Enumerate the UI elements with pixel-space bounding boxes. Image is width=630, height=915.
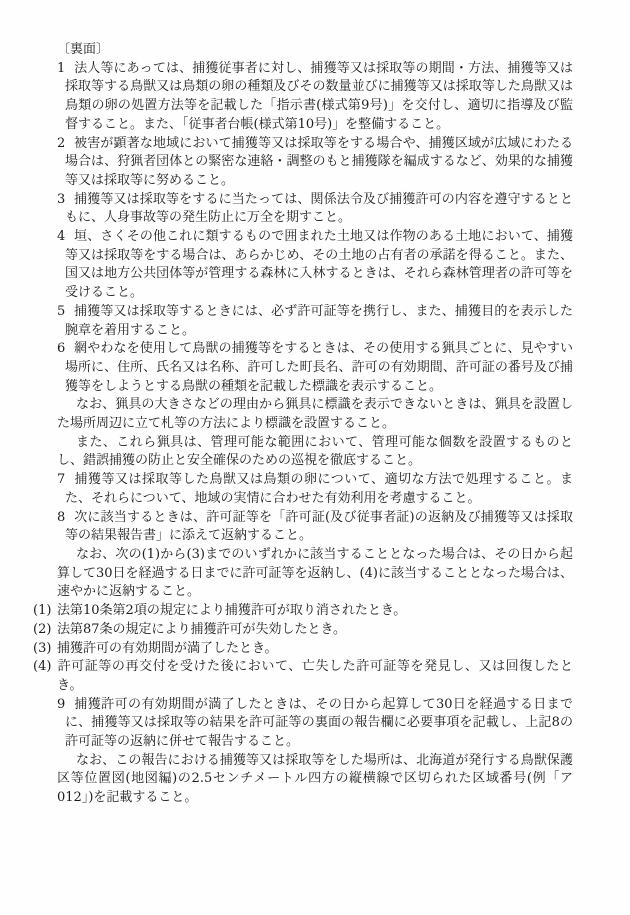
item-paragraph: 6網やわなを使用して鳥獣の捕獲等をするときは、その使用する猟具ごとに、見やすい場… <box>57 340 573 396</box>
subitem-text: 法第10条第2項の規定により捕獲許可が取り消されたとき。 <box>57 603 406 618</box>
item-paragraph: 5捕獲等又は採取等するときには、必ず許可証等を携行し、また、捕獲目的を表示した腕… <box>57 303 573 340</box>
item-note: なお、猟具の大きさなどの理由から猟具に標識を表示できないときは、猟具を設置した場… <box>57 396 573 433</box>
item-paragraph: 2被害が顕著な地域において捕獲等又は採取等をする場合や、捕獲区域が広域にわたる場… <box>57 135 573 191</box>
item-note: なお、次の(1)から(3)までのいずれかに該当することとなった場合は、その日から… <box>57 546 573 602</box>
list-item-5: 5捕獲等又は採取等するときには、必ず許可証等を携行し、また、捕獲目的を表示した腕… <box>57 303 573 340</box>
item-number: 8 <box>57 509 74 528</box>
sub-list-item: (3)捕獲許可の有効期間が満了したとき。 <box>57 640 573 659</box>
list-item-7: 7捕獲等又は採取等した鳥獣又は鳥類の卵について、適切な方法で処理すること。また、… <box>57 471 573 508</box>
item-number: 7 <box>57 471 74 490</box>
list-item-4: 4垣、さくその他これに類するもので囲まれた土地又は作物のある土地において、捕獲等… <box>57 228 573 303</box>
subitem-number: (2) <box>33 621 57 640</box>
item-number: 1 <box>57 60 74 79</box>
item-paragraph: 9捕獲許可の有効期間が満了したときは、その日から起算して30日を経過する日までに… <box>57 696 573 752</box>
item-number: 3 <box>57 191 74 210</box>
item-note: また、これら猟具は、管理可能な範囲において、管理可能な個数を設置するものとし、錯… <box>57 434 573 471</box>
item-text: 次に該当するときは、許可証等を「許可証(及び従事者証)の返納及び捕獲等又は採取等… <box>65 510 573 544</box>
item-number: 5 <box>57 303 74 322</box>
item-paragraph: 7捕獲等又は採取等した鳥獣又は鳥類の卵について、適切な方法で処理すること。また、… <box>57 471 573 508</box>
item-paragraph: 3捕獲等又は採取等をするに当たっては、関係法令及び捕獲許可の内容を遵守するととも… <box>57 191 573 228</box>
subitem-text: 許可証等の再交付を受けた後において、亡失した許可証等を発見し、又は回復したとき。 <box>57 659 573 693</box>
item-number: 2 <box>57 135 74 154</box>
item-number: 9 <box>57 696 74 715</box>
list-item-8: 8次に該当するときは、許可証等を「許可証(及び従事者証)の返納及び捕獲等又は採取… <box>57 509 573 696</box>
page-title: 〔裏面〕 <box>57 41 573 60</box>
list-item-3: 3捕獲等又は採取等をするに当たっては、関係法令及び捕獲許可の内容を遵守するととも… <box>57 191 573 228</box>
subitem-text: 法第87条の規定により捕獲許可が失効したとき。 <box>57 622 346 637</box>
item-note: なお、この報告における捕獲等又は採取等をした場所は、北海道が発行する鳥獣保護区等… <box>57 752 573 808</box>
subitem-number: (1) <box>33 602 57 621</box>
item-text: 捕獲等又は採取等をするに当たっては、関係法令及び捕獲許可の内容を遵守するとともに… <box>65 192 573 226</box>
sub-list-item: (2)法第87条の規定により捕獲許可が失効したとき。 <box>57 621 573 640</box>
document-page: 〔裏面〕 1法人等にあっては、捕獲従事者に対し、捕獲等又は採取等の期間・方法、捕… <box>0 0 630 915</box>
item-text: 捕獲許可の有効期間が満了したときは、その日から起算して30日を経過する日までに、… <box>65 697 573 749</box>
item-text: 被害が顕著な地域において捕獲等又は採取等をする場合や、捕獲区域が広域にわたる場合… <box>65 136 573 188</box>
item-text: 網やわなを使用して鳥獣の捕獲等をするときは、その使用する猟具ごとに、見やすい場所… <box>65 341 573 393</box>
item-number: 4 <box>57 228 74 247</box>
item-text: 垣、さくその他これに類するもので囲まれた土地又は作物のある土地において、捕獲等又… <box>65 229 573 300</box>
list-item-6: 6網やわなを使用して鳥獣の捕獲等をするときは、その使用する猟具ごとに、見やすい場… <box>57 340 573 471</box>
list-item-9: 9捕獲許可の有効期間が満了したときは、その日から起算して30日を経過する日までに… <box>57 696 573 808</box>
list-item-2: 2被害が顕著な地域において捕獲等又は採取等をする場合や、捕獲区域が広域にわたる場… <box>57 135 573 191</box>
sub-list-item: (4)許可証等の再交付を受けた後において、亡失した許可証等を発見し、又は回復した… <box>57 658 573 695</box>
item-paragraph: 8次に該当するときは、許可証等を「許可証(及び従事者証)の返納及び捕獲等又は採取… <box>57 509 573 546</box>
item-number: 6 <box>57 340 74 359</box>
item-text: 捕獲等又は採取等した鳥獣又は鳥類の卵について、適切な方法で処理すること。また、そ… <box>65 472 573 506</box>
list-item-1: 1法人等にあっては、捕獲従事者に対し、捕獲等又は採取等の期間・方法、捕獲等又は採… <box>57 60 573 135</box>
item-paragraph: 1法人等にあっては、捕獲従事者に対し、捕獲等又は採取等の期間・方法、捕獲等又は採… <box>57 60 573 135</box>
subitem-text: 捕獲許可の有効期間が満了したとき。 <box>57 641 277 656</box>
subitem-number: (3) <box>33 640 57 659</box>
subitem-number: (4) <box>33 658 57 677</box>
item-text: 法人等にあっては、捕獲従事者に対し、捕獲等又は採取等の期間・方法、捕獲等又は採取… <box>65 61 573 132</box>
sub-list-item: (1)法第10条第2項の規定により捕獲許可が取り消されたとき。 <box>57 602 573 621</box>
item-text: 捕獲等又は採取等するときには、必ず許可証等を携行し、また、捕獲目的を表示した腕章… <box>65 304 573 338</box>
item-paragraph: 4垣、さくその他これに類するもので囲まれた土地又は作物のある土地において、捕獲等… <box>57 228 573 303</box>
